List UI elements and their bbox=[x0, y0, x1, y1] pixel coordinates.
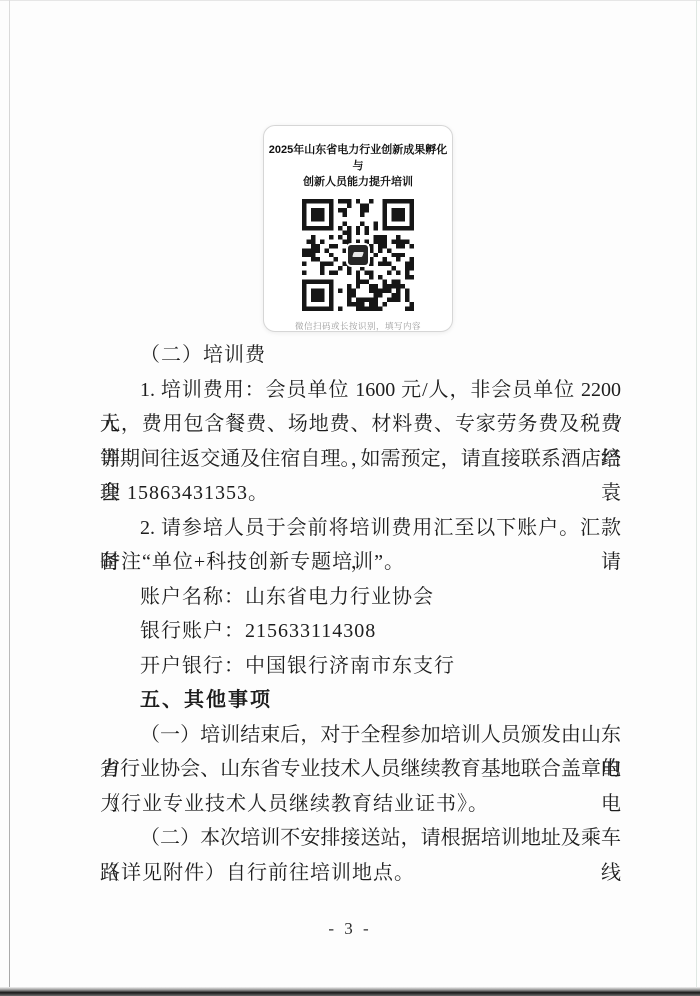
scanned-document-page: 2025年山东省电力行业创新成果孵化与 创新人员能力提升培训 微信扫码或长按识别… bbox=[0, 0, 700, 996]
body-line: 1. 培训费用：会员单位 1600 元/人，非会员单位 2200 元/ bbox=[100, 373, 621, 408]
qr-card-title: 2025年山东省电力行业创新成果孵化与 创新人员能力提升培训 bbox=[264, 142, 452, 190]
scan-edge-top bbox=[0, 0, 700, 1]
body-line: 训期间往返交通及住宿自理。如需预定，请直接联系酒店经理袁 bbox=[100, 442, 621, 477]
body-line: （二）本次培训不安排接送站，请根据培训地址及乘车路线 bbox=[100, 821, 621, 856]
body-line: 2. 请参培人员于会前将培训费用汇至以下账户。汇款时，请 bbox=[100, 511, 621, 546]
body-line: 开户银行：中国银行济南市东支行 bbox=[100, 649, 621, 684]
qr-scan-hint: 微信扫码或长按识别，填写内容 bbox=[264, 320, 452, 332]
body-text: （二）培训费1. 培训费用：会员单位 1600 元/人，非会员单位 2200 元… bbox=[100, 338, 621, 890]
scan-edge-left bbox=[9, 0, 10, 988]
qr-card-title-line2: 创新人员能力提升培训 bbox=[264, 174, 452, 190]
body-line: 力行业协会、山东省专业技术人员继续教育基地联合盖章的《电 bbox=[100, 752, 621, 787]
body-line: 人，费用包含餐费、场地费、材料费、专家劳务费及税费等，培 bbox=[100, 407, 621, 442]
page-number: - 3 - bbox=[0, 919, 700, 939]
scan-edge-bottom bbox=[0, 987, 700, 996]
qr-registration-card: 2025年山东省电力行业创新成果孵化与 创新人员能力提升培训 微信扫码或长按识别… bbox=[263, 125, 453, 332]
qr-code-image bbox=[302, 199, 414, 311]
body-line: （二）培训费 bbox=[100, 338, 621, 373]
qr-card-title-line1: 2025年山东省电力行业创新成果孵化与 bbox=[264, 142, 452, 174]
qr-center-logo-icon bbox=[346, 243, 370, 267]
body-line: 账户名称：山东省电力行业协会 bbox=[100, 580, 621, 615]
body-line: （一）培训结束后，对于全程参加培训人员颁发由山东省电 bbox=[100, 718, 621, 753]
body-line: 银行账户：215633114308 bbox=[100, 614, 621, 649]
body-line: 五、其他事项 bbox=[100, 683, 621, 718]
scan-edge-right bbox=[696, 0, 697, 988]
